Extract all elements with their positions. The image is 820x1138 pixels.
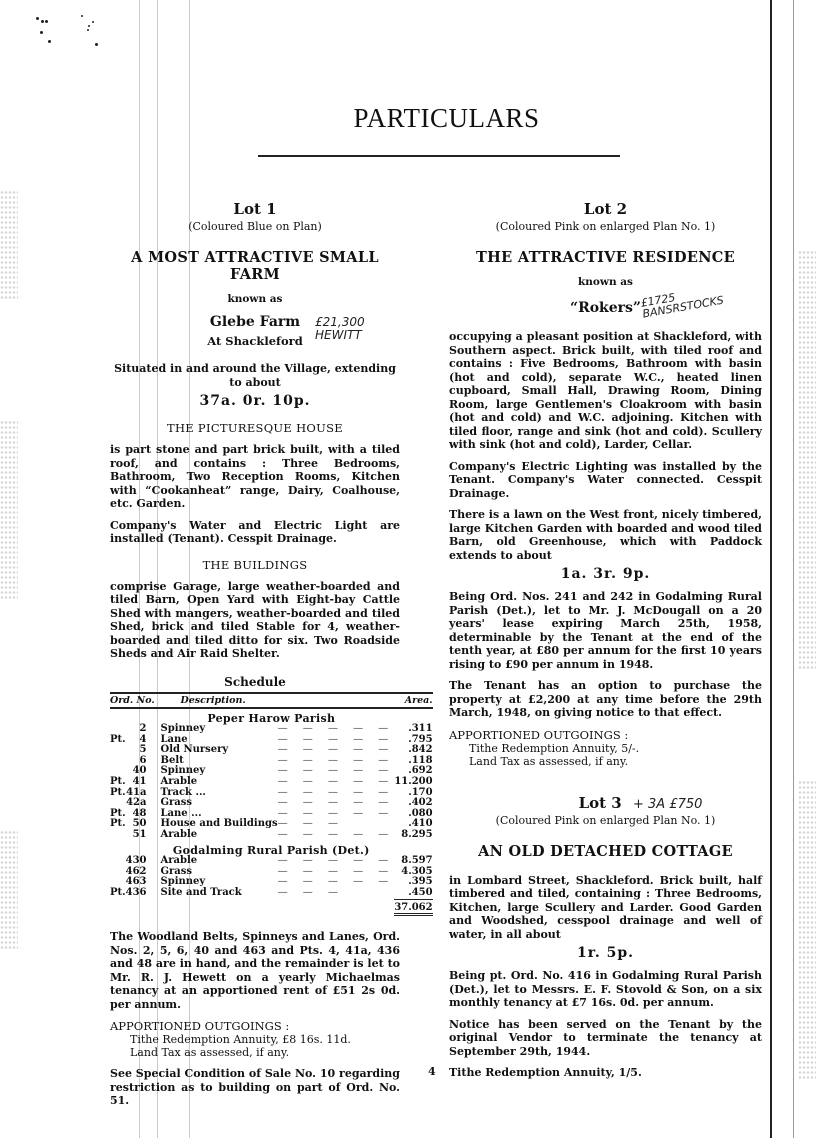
lot-1-location: At Shackleford £21,300 HEWITT — [110, 334, 400, 348]
schedule-title: Schedule — [110, 675, 400, 689]
scan-speck — [40, 31, 43, 34]
scan-speck — [87, 29, 89, 31]
description: Site and Track — [161, 888, 278, 899]
lot-2-description: occupying a pleasant position at Shackle… — [449, 330, 762, 452]
ord-prefix — [110, 756, 126, 767]
ord-prefix — [110, 745, 126, 756]
lot-1-situated: Situated in and around the Village, exte… — [110, 362, 400, 389]
scan-speck — [92, 21, 94, 23]
scan-speck — [45, 20, 48, 23]
schedule-parish-row: Peper Harow Parish — [110, 708, 433, 725]
lot-2-option: The Tenant has an option to purchase the… — [449, 679, 762, 720]
ord-number: 436 — [126, 888, 161, 899]
scan-speck — [36, 17, 39, 20]
leader-dashes: — — — — [278, 888, 395, 899]
scan-speck — [81, 15, 83, 17]
lot-3-title-line: Lot 3 + 3A £750 — [449, 794, 762, 812]
scan-speck — [95, 43, 98, 46]
schedule-table: Ord. No. Description. Area. Peper Harow … — [110, 692, 433, 917]
lot-1-special-condition: See Special Condition of Sale No. 10 reg… — [110, 1067, 400, 1108]
ord-prefix: Pt. — [110, 788, 126, 799]
lot-3-description: in Lombard Street, Shackleford. Brick bu… — [449, 874, 762, 942]
ord-prefix: Pt. — [110, 819, 126, 830]
lot-2-grounds: There is a lawn on the West front, nicel… — [449, 508, 762, 562]
lot-1-land-tax: Land Tax as assessed, if any. — [130, 1046, 400, 1059]
lot-1-known-as: known as — [110, 293, 400, 305]
ord-prefix — [110, 830, 126, 841]
lot-3-tenancy: Being pt. Ord. No. 416 in Godalming Rura… — [449, 969, 762, 1010]
parish-name: Peper Harow Parish — [110, 708, 433, 725]
ord-number: 51 — [126, 830, 161, 841]
page-number: 4 — [428, 1065, 436, 1078]
schedule-body: Peper Harow Parish2Spinney— — — — —.311P… — [110, 708, 433, 915]
scan-fold-line — [770, 0, 772, 1138]
lot-2-area: 1a. 3r. 9p. — [449, 566, 762, 582]
scan-noise — [0, 190, 18, 300]
lot-2-3-column: Lot 2 (Coloured Pink on enlarged Plan No… — [449, 200, 762, 1080]
scan-fold-line — [793, 0, 794, 1138]
area-value: .450 — [394, 888, 432, 899]
lot-3-plan-colour: (Coloured Pink on enlarged Plan No. 1) — [449, 814, 762, 827]
area-header: Area. — [394, 693, 432, 708]
leader-dashes: — — — — — — [278, 830, 395, 841]
lot-3-title: Lot 3 — [579, 794, 622, 812]
description: Arable — [161, 830, 278, 841]
buildings-heading: THE BUILDINGS — [110, 558, 400, 572]
scan-speck — [88, 25, 90, 27]
scan-noise — [0, 420, 18, 600]
lot-2-services: Company's Electric Lighting was installe… — [449, 460, 762, 501]
lot-1-outgoings: Tithe Redemption Annuity, £8 16s. 11d. L… — [110, 1033, 400, 1059]
lot-2-heading: THE ATTRACTIVE RESIDENCE — [449, 249, 762, 266]
scan-noise — [798, 250, 816, 670]
buildings-description: comprise Garage, large weather-boarded a… — [110, 580, 400, 661]
lot-3-handwritten-note: + 3A £750 — [633, 797, 702, 812]
lot-1-heading: A MOST ATTRACTIVE SMALL FARM — [110, 249, 400, 283]
lot-2-property-name: “Rokers” — [570, 300, 641, 316]
lot-2-outgoings: Tithe Redemption Annuity, 5/-. Land Tax … — [449, 742, 762, 768]
lot-1-outgoings-heading: APPORTIONED OUTGOINGS : — [110, 1019, 400, 1033]
lot-2-plan-colour: (Coloured Pink on enlarged Plan No. 1) — [449, 220, 762, 233]
lot-1-tithe: Tithe Redemption Annuity, £8 16s. 11d. — [130, 1033, 400, 1046]
lot-3-tithe: Tithe Redemption Annuity, 1/5. — [449, 1066, 762, 1080]
page-title: PARTICULARS — [0, 103, 820, 134]
description-header: Description. — [161, 693, 395, 708]
schedule-row: 51Arable— — — — —8.295 — [110, 830, 433, 841]
schedule-header-row: Ord. No. Description. Area. — [110, 693, 433, 708]
schedule-total-row: 37.062 — [110, 899, 433, 915]
schedule-parish-row: Godalming Rural Parish (Det.) — [110, 841, 433, 857]
scan-speck — [48, 40, 51, 43]
lot-1-plan-colour: (Coloured Blue on Plan) — [110, 220, 400, 233]
lot-2-tithe: Tithe Redemption Annuity, 5/-. — [469, 742, 762, 755]
lot-1-tenancy: The Woodland Belts, Spinneys and Lanes, … — [110, 930, 400, 1011]
lot-1-column: Lot 1 (Coloured Blue on Plan) A MOST ATT… — [110, 200, 400, 1108]
lot-3-heading: AN OLD DETACHED COTTAGE — [449, 843, 762, 860]
scan-noise — [0, 830, 18, 950]
title-rule — [258, 155, 620, 157]
scan-speck — [41, 20, 44, 23]
lot-3-notice: Notice has been served on the Tenant by … — [449, 1018, 762, 1059]
lot-1-handwritten-note: £21,300 HEWITT — [315, 316, 385, 342]
schedule-row: 463Spinney— — — — —.395 — [110, 877, 433, 888]
lot-2-lease: Being Ord. Nos. 241 and 242 in Godalming… — [449, 590, 762, 671]
schedule-row: Pt.436Site and Track— — —.450 — [110, 888, 433, 899]
schedule-total: 37.062 — [394, 899, 432, 915]
total-spacer — [110, 899, 394, 915]
lot-3-area: 1r. 5p. — [449, 945, 762, 961]
house-description: is part stone and part brick built, with… — [110, 443, 400, 511]
ord-no-header: Ord. No. — [110, 693, 161, 708]
lot-2-property-name-line: “Rokers” £1725 BANSRSTOCKS — [449, 300, 762, 316]
lot-2-outgoings-heading: APPORTIONED OUTGOINGS : — [449, 728, 762, 742]
scan-noise — [798, 780, 816, 1080]
lot-1-location-text: At Shackleford — [207, 334, 303, 348]
house-services: Company's Water and Electric Light are i… — [110, 519, 400, 546]
area-value: 8.295 — [394, 830, 432, 841]
ord-prefix — [110, 856, 126, 867]
lot-1-area: 37a. 0r. 10p. — [110, 393, 400, 409]
ord-prefix: Pt. — [110, 888, 126, 899]
house-heading: THE PICTURESQUE HOUSE — [110, 421, 400, 435]
lot-2-title: Lot 2 — [449, 200, 762, 218]
lot-2-land-tax: Land Tax as assessed, if any. — [469, 755, 762, 768]
ord-prefix — [110, 867, 126, 878]
lot-1-title: Lot 1 — [110, 200, 400, 218]
parish-name: Godalming Rural Parish (Det.) — [110, 841, 433, 857]
ord-prefix: Pt. — [110, 735, 126, 746]
